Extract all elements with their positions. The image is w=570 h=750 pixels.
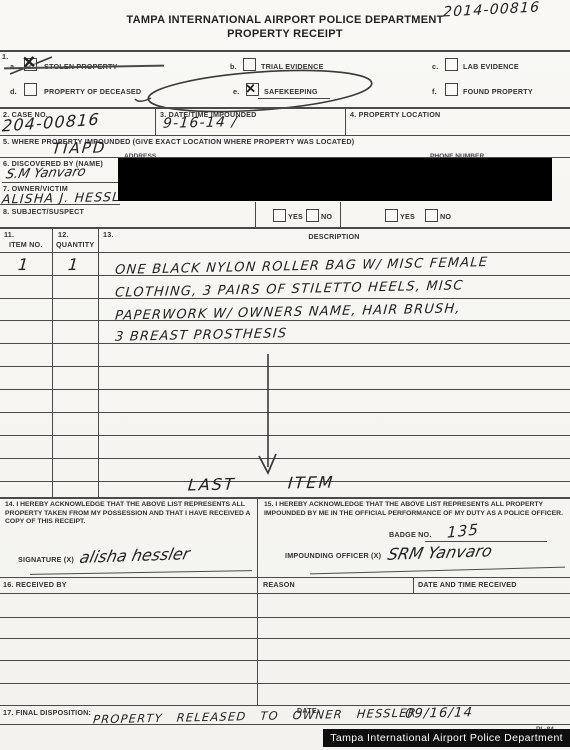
ack-14-text: 14. I HEREBY ACKNOWLEDGE THAT THE ABOVE … (5, 501, 251, 527)
divider (255, 202, 256, 227)
badge-no-label: BADGE NO. (389, 530, 432, 539)
ruled-line (0, 343, 570, 344)
divider (0, 252, 570, 253)
badge-no-value: 135 (447, 520, 480, 542)
photo-caption-bar: Tampa International Airport Police Depar… (323, 729, 570, 747)
ack-15-text: 15. I HEREBY ACKNOWLEDGE THAT THE ABOVE … (264, 501, 564, 518)
checkbox-q10-yes (385, 209, 398, 222)
redaction-block (118, 158, 552, 201)
divider (98, 227, 99, 497)
ruled-line (0, 660, 570, 661)
x-mark-icon: ✕ (21, 54, 36, 72)
signature-line (30, 570, 252, 575)
divider (0, 204, 120, 205)
item-no-col-num: 11. (4, 230, 14, 239)
checkbox-q10-no (425, 209, 438, 222)
final-disposition-label: 17. FINAL DISPOSITION: (3, 708, 91, 717)
checkbox-d-label: PROPERTY OF DECEASED (44, 87, 141, 96)
owner-signature: alisha hessler (78, 544, 192, 567)
ruled-line (0, 458, 570, 459)
q10-no-label: NO (440, 212, 451, 221)
divider (0, 107, 570, 109)
ruled-line (0, 298, 570, 299)
divider (0, 497, 570, 499)
divider (0, 724, 570, 725)
ruled-line (0, 320, 570, 321)
disposition-date-value: 09/16/14 (404, 705, 473, 721)
item-no-value: 1 (17, 255, 30, 274)
divider (0, 577, 570, 578)
desc-col-label: DESCRIPTION (98, 232, 570, 241)
ruled-line (0, 389, 570, 390)
impounding-officer-label: IMPOUNDING OFFICER (X) (285, 551, 381, 560)
checkbox-f-key: f. (432, 87, 437, 96)
q9-yes-label: YES (288, 212, 303, 221)
last-item-word2: ITEM (287, 472, 335, 492)
signature-label: SIGNATURE (X) (18, 555, 74, 564)
divider (257, 497, 258, 705)
date-time-received-label: DATE AND TIME RECEIVED (418, 580, 517, 589)
signature-line (310, 567, 565, 575)
divider (413, 577, 414, 593)
reason-label: REASON (263, 580, 295, 589)
checkbox-c-key: c. (432, 62, 438, 71)
q10-yes-label: YES (400, 212, 415, 221)
checkbox-c-label: LAB EVIDENCE (463, 62, 519, 71)
checkbox-property-of-deceased (24, 83, 37, 96)
checkbox-f-label: FOUND PROPERTY (463, 87, 533, 96)
checkbox-found-property (445, 83, 458, 96)
ruled-line (0, 275, 570, 276)
checkbox-d-key: d. (10, 87, 17, 96)
ruled-line (0, 593, 570, 594)
item-no-col-label: ITEM NO. (9, 240, 43, 249)
officer-signature: SRM Yanvaro (386, 541, 494, 564)
down-arrow (255, 354, 281, 482)
checkbox-lab-evidence (445, 58, 458, 71)
ruled-line (0, 366, 570, 367)
checkbox-q9-yes (273, 209, 286, 222)
divider (345, 107, 346, 135)
ruled-line (0, 617, 570, 618)
subject-suspect-label: 8. SUBJECT/SUSPECT (3, 207, 84, 216)
quantity-col-label: QUANTITY (56, 240, 94, 249)
ruled-line (0, 638, 570, 639)
ruled-line (0, 435, 570, 436)
divider (340, 202, 341, 227)
ruled-line (0, 481, 570, 482)
q9-no-label: NO (321, 212, 332, 221)
quantity-col-num: 12. (58, 230, 69, 239)
property-location-label: 4. PROPERTY LOCATION (350, 110, 440, 119)
form-title: PROPERTY RECEIPT (0, 28, 570, 40)
checkbox-q9-no (306, 209, 319, 222)
ruled-line (0, 683, 570, 684)
quantity-value: 1 (67, 255, 80, 274)
divider (0, 227, 570, 229)
datetime-value: 9-16-14 / (162, 114, 238, 132)
discovered-by-signature: S.M Yanvaro (4, 165, 87, 183)
last-item-word1: LAST (187, 474, 236, 494)
ruled-line (0, 412, 570, 413)
divider (52, 227, 53, 497)
divider (0, 50, 570, 52)
where-impounded-value: TIAPD (51, 138, 107, 157)
divider (155, 107, 156, 135)
received-by-label: 16. RECEIVED BY (3, 580, 67, 589)
divider (0, 705, 570, 706)
scanned-property-receipt: TAMPA INTERNATIONAL AIRPORT POLICE DEPAR… (0, 0, 570, 750)
